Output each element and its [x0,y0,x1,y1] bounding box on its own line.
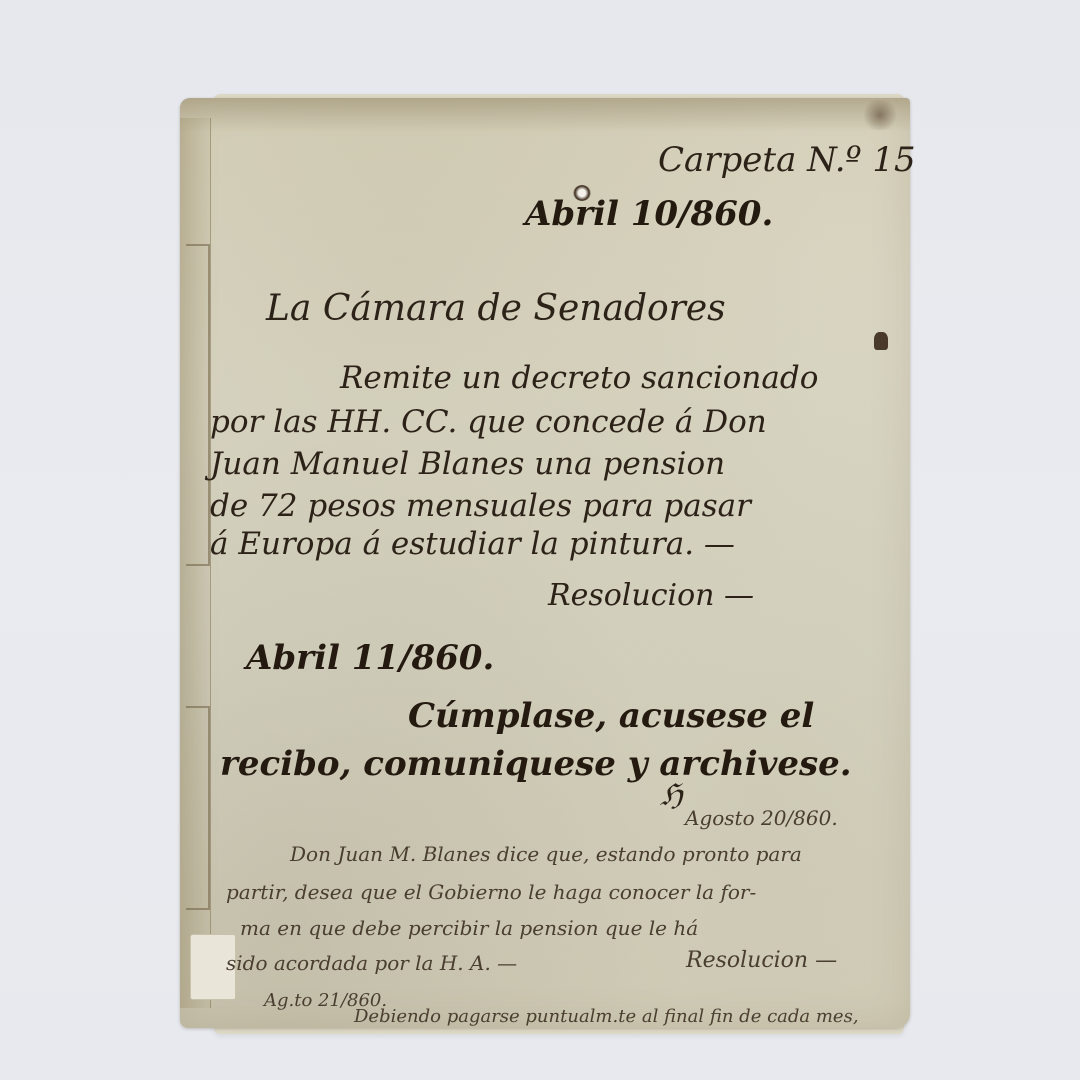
manuscript-page: Carpeta N.º 15 Abril 10/860. La Cámara d… [180,98,910,1028]
second-entry-line: partir, desea que el Gobierno le haga co… [226,880,756,904]
addressee: La Cámara de Senadores [266,288,726,329]
binding-stitch [186,706,210,910]
body-line: á Europa á estudiar la pintura. — [210,526,735,562]
second-entry-line: sido acordada por la H. A. — [226,951,517,975]
binding-stitch [186,244,210,566]
corner-damage [864,100,904,130]
second-entry-resolution: Resolucion — [686,948,837,973]
header-date: Abril 10/860. [525,194,773,234]
body-line: de 72 pesos mensuales para pasar [210,488,751,524]
body-line: Remite un decreto sancionado [340,360,818,396]
folder-label: Carpeta N.º 15 [658,140,916,180]
second-entry-line: Don Juan M. Blanes dice que, estando pro… [290,842,802,866]
resolution-line: recibo, comuniquese y archivese. [220,744,852,784]
ink-stain [874,332,888,350]
resolution-date: Abril 11/860. [246,638,494,678]
body-line: por las HH. CC. que concede á Don [210,404,767,440]
second-entry-date: Agosto 20/860. [685,806,838,830]
resolution-heading: Resolucion — [548,578,754,613]
rubric-mark: ℌ [660,778,683,813]
resolution-line: Cúmplase, acusese el [408,696,814,736]
final-entry-text: Debiendo pagarse puntualm.te al final fi… [354,1006,859,1027]
second-entry-line: ma en que debe percibir la pension que l… [240,916,698,940]
body-line: Juan Manuel Blanes una pension [210,446,725,482]
